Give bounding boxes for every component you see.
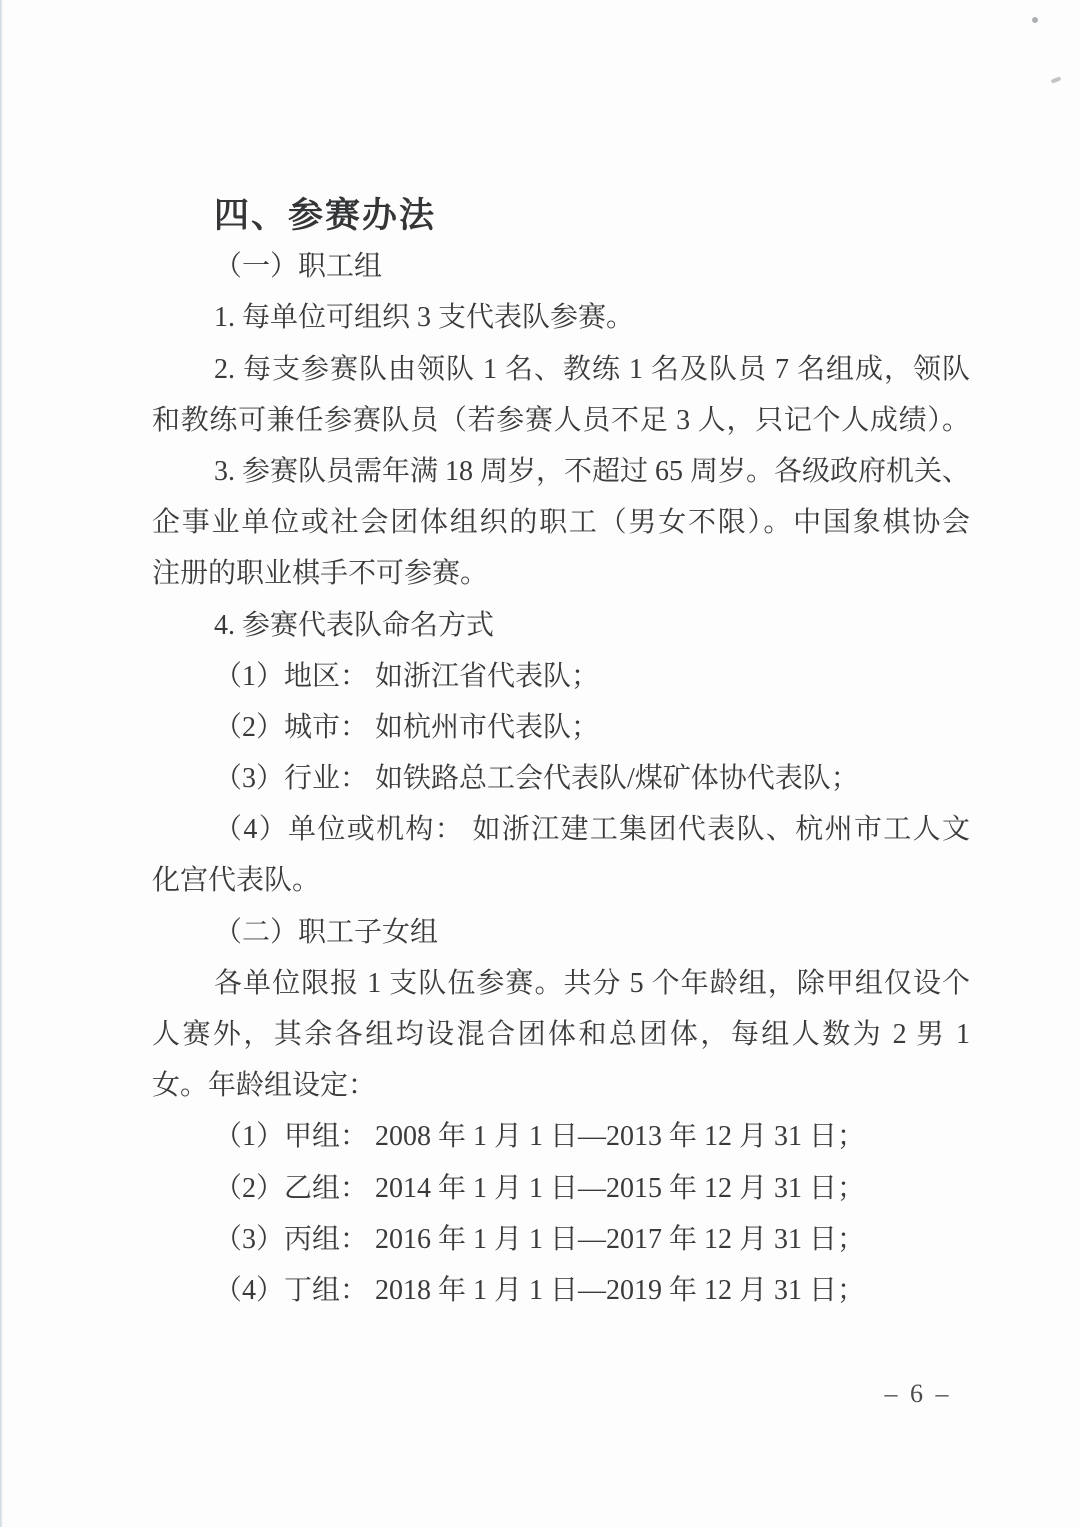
document-line: 化宫代表队。 bbox=[152, 855, 970, 906]
document-line: 1. 每单位可组织 3 支代表队参赛。 bbox=[152, 292, 970, 343]
document-line: （1）地区： 如浙江省代表队； bbox=[152, 651, 970, 702]
document-line: （3）行业： 如铁路总工会代表队/煤矿体协代表队； bbox=[152, 753, 970, 804]
page-number: – 6 – bbox=[858, 1372, 978, 1416]
document-line: 和教练可兼任参赛队员（若参赛人员不足 3 人，只记个人成绩）。 bbox=[152, 395, 970, 446]
document-line: （4）单位或机构： 如浙江建工集团代表队、杭州市工人文 bbox=[152, 804, 970, 855]
document-line: 各单位限报 1 支队伍参赛。共分 5 个年龄组，除甲组仅设个 bbox=[152, 958, 970, 1009]
document-page: 四、参赛办法（一）职工组1. 每单位可组织 3 支代表队参赛。2. 每支参赛队由… bbox=[0, 0, 1080, 1527]
document-line: 企事业单位或社会团体组织的职工（男女不限）。中国象棋协会 bbox=[152, 497, 970, 548]
scan-edge-artifact bbox=[0, 0, 3, 1527]
scan-speck-artifact bbox=[1051, 76, 1062, 83]
document-line: 4. 参赛代表队命名方式 bbox=[152, 600, 970, 651]
document-line: （2）乙组： 2014 年 1 月 1 日—2015 年 12 月 31 日； bbox=[152, 1163, 970, 1214]
document-line: （1）甲组： 2008 年 1 月 1 日—2013 年 12 月 31 日； bbox=[152, 1111, 970, 1162]
document-line: （4）丁组： 2018 年 1 月 1 日—2019 年 12 月 31 日； bbox=[152, 1265, 970, 1316]
document-line: （2）城市： 如杭州市代表队； bbox=[152, 702, 970, 753]
document-line: （二）职工子女组 bbox=[152, 907, 970, 958]
document-line: （一）职工组 bbox=[152, 241, 970, 292]
document-line: 3. 参赛队员需年满 18 周岁，不超过 65 周岁。各级政府机关、 bbox=[152, 446, 970, 497]
document-line: 2. 每支参赛队由领队 1 名、教练 1 名及队员 7 名组成，领队 bbox=[152, 344, 970, 395]
document-line: 女。年龄组设定： bbox=[152, 1060, 970, 1111]
document-line: 注册的职业棋手不可参赛。 bbox=[152, 548, 970, 599]
scan-speck-artifact bbox=[1032, 17, 1038, 23]
document-line: 人赛外，其余各组均设混合团体和总团体，每组人数为 2 男 1 bbox=[152, 1009, 970, 1060]
document-line: （3）丙组： 2016 年 1 月 1 日—2017 年 12 月 31 日； bbox=[152, 1214, 970, 1265]
section-heading: 四、参赛办法 bbox=[152, 190, 970, 241]
document-body: 四、参赛办法（一）职工组1. 每单位可组织 3 支代表队参赛。2. 每支参赛队由… bbox=[152, 190, 970, 1316]
